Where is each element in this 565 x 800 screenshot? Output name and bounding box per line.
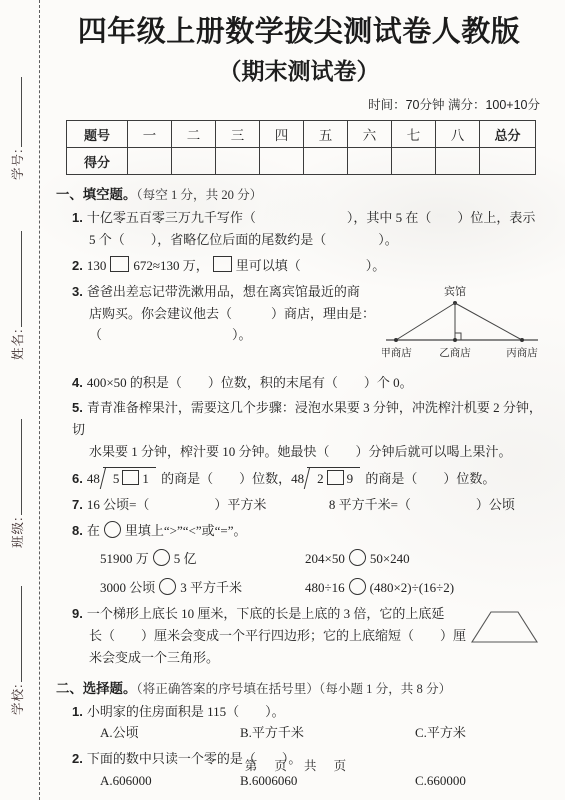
seal-blank-line: [18, 231, 22, 327]
long-division-bracket: 51: [103, 467, 156, 490]
seal-dashed-line: [39, 0, 40, 800]
fill-box: [213, 256, 232, 272]
question-6: 6.4851 的商是（ ）位数，4829 的商是（ ）位数。: [56, 467, 542, 490]
question-text: 16 公顷=（ ）平方米: [87, 494, 329, 516]
choice-question-1: 1.小明家的住房面积是 115（ ）。 A.公顷 B.平方千米 C.平方米: [56, 701, 542, 745]
seal-blank-line: [18, 586, 22, 682]
question-line: 9.一个梯形上底长 10 厘米，下底的长是上底的 3 倍，它的上底延: [72, 603, 466, 625]
score-cell: [128, 148, 172, 175]
score-cell: [392, 148, 436, 175]
question-number: 2.: [72, 258, 83, 273]
question-number: 7.: [72, 497, 83, 512]
question-text: 爸爸出差忘记带洗漱用品，想在离宾馆最近的商: [87, 284, 360, 299]
question-text: 的商是（ ）位数，: [161, 471, 291, 486]
option-a: A.公顷: [100, 722, 240, 744]
score-cell: [216, 148, 260, 175]
question-text: （ ）。: [72, 324, 382, 346]
hotel-stores-diagram: 宾馆 甲商店 乙商店 丙商店: [382, 281, 542, 368]
question-text: 一个梯形上底长 10 厘米，下底的长是上底的 3 倍，它的上底延: [87, 606, 445, 621]
question-text: 672≈130 万，: [133, 258, 208, 273]
question-3: 3.爸爸出差忘记带洗漱用品，想在离宾馆最近的商 店购买。你会建议他去（ ）商店，…: [56, 281, 542, 368]
compare-right: (480×2)÷(16÷2): [370, 580, 454, 595]
seal-field-student-id: 学号:: [8, 77, 26, 180]
question-number: 3.: [72, 284, 83, 299]
diagram-label-store-a: 甲商店: [382, 346, 412, 359]
header-cell: 七: [392, 121, 436, 148]
score-table-score-row: 得分: [67, 148, 536, 175]
section-1-title: 一、填空题。: [56, 187, 136, 202]
question-5: 5.青青准备榨果汁，需要这几个步骤：浸泡水果要 3 分钟，冲洗榨汁机要 2 分钟…: [56, 397, 542, 462]
seal-label-name: 姓名:: [11, 329, 25, 360]
trapezoid-figure: [466, 603, 542, 668]
section-2-heading: 二、选择题。（将正确答案的序号填在括号里）（每小题 1 分，共 8 分）: [56, 678, 542, 697]
question-8: 8.在里填上“>”“<”或“=”。 51900 万5 亿 204×5050×24…: [56, 520, 542, 599]
seal-label-school: 学校:: [11, 684, 25, 715]
fill-box: [110, 256, 129, 272]
header-question-no: 题号: [67, 121, 128, 148]
question-text: 在: [87, 523, 100, 538]
paper-subtitle: （期末测试卷）: [56, 53, 542, 86]
header-total: 总分: [480, 121, 536, 148]
question-text: 小明家的住房面积是 115（ ）。: [87, 704, 285, 719]
comparison-grid: 51900 万5 亿 204×5050×240 3000 公顷3 平方千米 48…: [72, 548, 542, 599]
question-line: 8.在里填上“>”“<”或“=”。: [72, 520, 542, 542]
compare-right: 5 亿: [174, 551, 197, 566]
compare-left: 204×50: [305, 551, 345, 566]
comparison-row: 3000 公顷3 平方千米 480÷16(480×2)÷(16÷2): [100, 577, 542, 599]
question-text: 的商是（ ）位数。: [365, 471, 495, 486]
score-cell: [172, 148, 216, 175]
division-digit: 9: [347, 471, 354, 486]
exam-time-score-info: 时间：70分钟 满分：100+10分: [56, 95, 542, 113]
compare-circle: [153, 549, 170, 566]
score-cell: [304, 148, 348, 175]
long-division-bracket: 29: [307, 467, 360, 490]
header-cell: 五: [304, 121, 348, 148]
question-1: 1.十亿零五百零三万九千写作（ ），其中 5 在（ ）位上，表示 5 个（ ），…: [56, 207, 542, 251]
header-cell: 四: [260, 121, 304, 148]
question-3-text: 3.爸爸出差忘记带洗漱用品，想在离宾馆最近的商 店购买。你会建议他去（ ）商店，…: [72, 281, 382, 368]
seal-blank-line: [18, 77, 22, 147]
comparison-item: 51900 万5 亿: [100, 548, 305, 570]
diagram-label-hotel: 宾馆: [444, 284, 466, 298]
exam-paper: 四年级上册数学拔尖测试卷人教版 （期末测试卷） 时间：70分钟 满分：100+1…: [56, 14, 542, 792]
score-cell: [260, 148, 304, 175]
paper-title: 四年级上册数学拔尖测试卷人教版: [56, 14, 542, 50]
question-number: 4.: [72, 375, 83, 390]
question-number: 5.: [72, 400, 83, 415]
division-digit: 1: [142, 471, 149, 486]
compare-circle: [349, 578, 366, 595]
question-text: 青青准备榨果汁，需要这几个步骤：浸泡水果要 3 分钟，冲洗榨汁机要 2 分钟，切: [72, 400, 542, 437]
comparison-item: 3000 公顷3 平方千米: [100, 577, 305, 599]
section-1-heading: 一、填空题。（每空 1 分，共 20 分）: [56, 184, 542, 203]
question-number: 1.: [72, 704, 83, 719]
division-divisor: 48: [87, 471, 100, 486]
question-line: 3.爸爸出差忘记带洗漱用品，想在离宾馆最近的商: [72, 281, 382, 303]
diagram-label-store-b: 乙商店: [439, 346, 471, 359]
question-text: 8 平方千米=（ ）公顷: [329, 497, 515, 512]
seal-field-school: 学校:: [8, 586, 26, 715]
question-text: 里可以填（ ）。: [236, 258, 386, 273]
score-table-header-row: 题号 一 二 三 四 五 六 七 八 总分: [67, 121, 536, 148]
question-number: 1.: [72, 210, 83, 225]
question-text: 5 个（ ），省略亿位后面的尾数约是（ ）。: [72, 229, 542, 251]
section-1-note: （每空 1 分，共 20 分）: [136, 188, 262, 202]
compare-right: 3 平方千米: [180, 580, 242, 595]
compare-circle: [159, 578, 176, 595]
question-number: 9.: [72, 606, 83, 621]
option-b: B.平方千米: [240, 722, 415, 744]
question-line: 1.小明家的住房面积是 115（ ）。: [72, 701, 542, 723]
comparison-item: 480÷16(480×2)÷(16÷2): [305, 577, 454, 599]
question-text: 长（ ）厘米会变成一个平行四边形；它的上底缩短（ ）厘: [72, 625, 466, 647]
division-divisor: 48: [291, 471, 304, 486]
question-text: 米会变成一个三角形。: [72, 647, 466, 669]
question-text: 里填上“>”“<”或“=”。: [125, 523, 247, 538]
division-digit: 5: [113, 471, 120, 486]
section-2-title: 二、选择题。: [56, 681, 136, 696]
score-cell: [436, 148, 480, 175]
question-text: 130: [87, 258, 107, 273]
seal-blank-line: [18, 419, 22, 515]
hotel-stores-diagram-svg: 宾馆 甲商店 乙商店 丙商店: [382, 283, 542, 361]
seal-field-class: 班级:: [8, 419, 26, 548]
score-table: 题号 一 二 三 四 五 六 七 八 总分 得分: [66, 120, 536, 175]
question-text: 十亿零五百零三万九千写作（ ），其中 5 在（ ）位上，表示: [87, 210, 536, 225]
header-cell: 六: [348, 121, 392, 148]
question-2: 2.130672≈130 万，里可以填（ ）。: [56, 255, 542, 277]
section-2-note: （将正确答案的序号填在括号里）（每小题 1 分，共 8 分）: [136, 682, 451, 696]
diagram-label-store-c: 丙商店: [506, 346, 538, 359]
compare-left: 3000 公顷: [100, 580, 155, 595]
question-4: 4.400×50 的积是（ ）位数，积的末尾有（ ）个 0。: [56, 372, 542, 394]
question-line: 1.十亿零五百零三万九千写作（ ），其中 5 在（ ）位上，表示: [72, 207, 542, 229]
question-text: 店购买。你会建议他去（ ）商店，理由是：: [72, 303, 382, 325]
question-text: 水果要 1 分钟，榨汁要 10 分钟。她最快（ ）分钟后就可以喝上果汁。: [72, 441, 542, 463]
comparison-row: 51900 万5 亿 204×5050×240: [100, 548, 542, 570]
question-text: 400×50 的积是（ ）位数，积的末尾有（ ）个 0。: [87, 375, 413, 390]
trapezoid-svg: [466, 607, 542, 647]
seal-field-name: 姓名:: [8, 231, 26, 360]
header-cell: 二: [172, 121, 216, 148]
seal-label-class: 班级:: [11, 517, 25, 548]
option-c: C.平方米: [415, 722, 466, 744]
header-cell: 一: [128, 121, 172, 148]
fill-box: [327, 470, 344, 485]
compare-circle: [349, 549, 366, 566]
options-row: A.公顷 B.平方千米 C.平方米: [72, 722, 542, 744]
question-line: 5.青青准备榨果汁，需要这几个步骤：浸泡水果要 3 分钟，冲洗榨汁机要 2 分钟…: [72, 397, 542, 441]
seal-label-student-id: 学号:: [11, 149, 25, 180]
header-cell: 八: [436, 121, 480, 148]
page-footer: 第 页 共 页: [56, 756, 542, 774]
question-number: 6.: [72, 471, 83, 486]
question-9-text: 9.一个梯形上底长 10 厘米，下底的长是上底的 3 倍，它的上底延 长（ ）厘…: [72, 603, 466, 668]
header-cell: 三: [216, 121, 260, 148]
comparison-item: 204×5050×240: [305, 548, 410, 570]
question-9: 9.一个梯形上底长 10 厘米，下底的长是上底的 3 倍，它的上底延 长（ ）厘…: [56, 603, 542, 668]
question-7: 7.16 公顷=（ ）平方米8 平方千米=（ ）公顷: [56, 494, 542, 516]
score-cell: [480, 148, 536, 175]
compare-circle: [104, 521, 121, 538]
compare-left: 51900 万: [100, 551, 149, 566]
score-cell: [348, 148, 392, 175]
compare-right: 50×240: [370, 551, 410, 566]
score-row-label: 得分: [67, 148, 128, 175]
compare-left: 480÷16: [305, 580, 345, 595]
division-digit: 2: [317, 471, 324, 486]
question-number: 8.: [72, 523, 83, 538]
fill-box: [122, 470, 139, 485]
